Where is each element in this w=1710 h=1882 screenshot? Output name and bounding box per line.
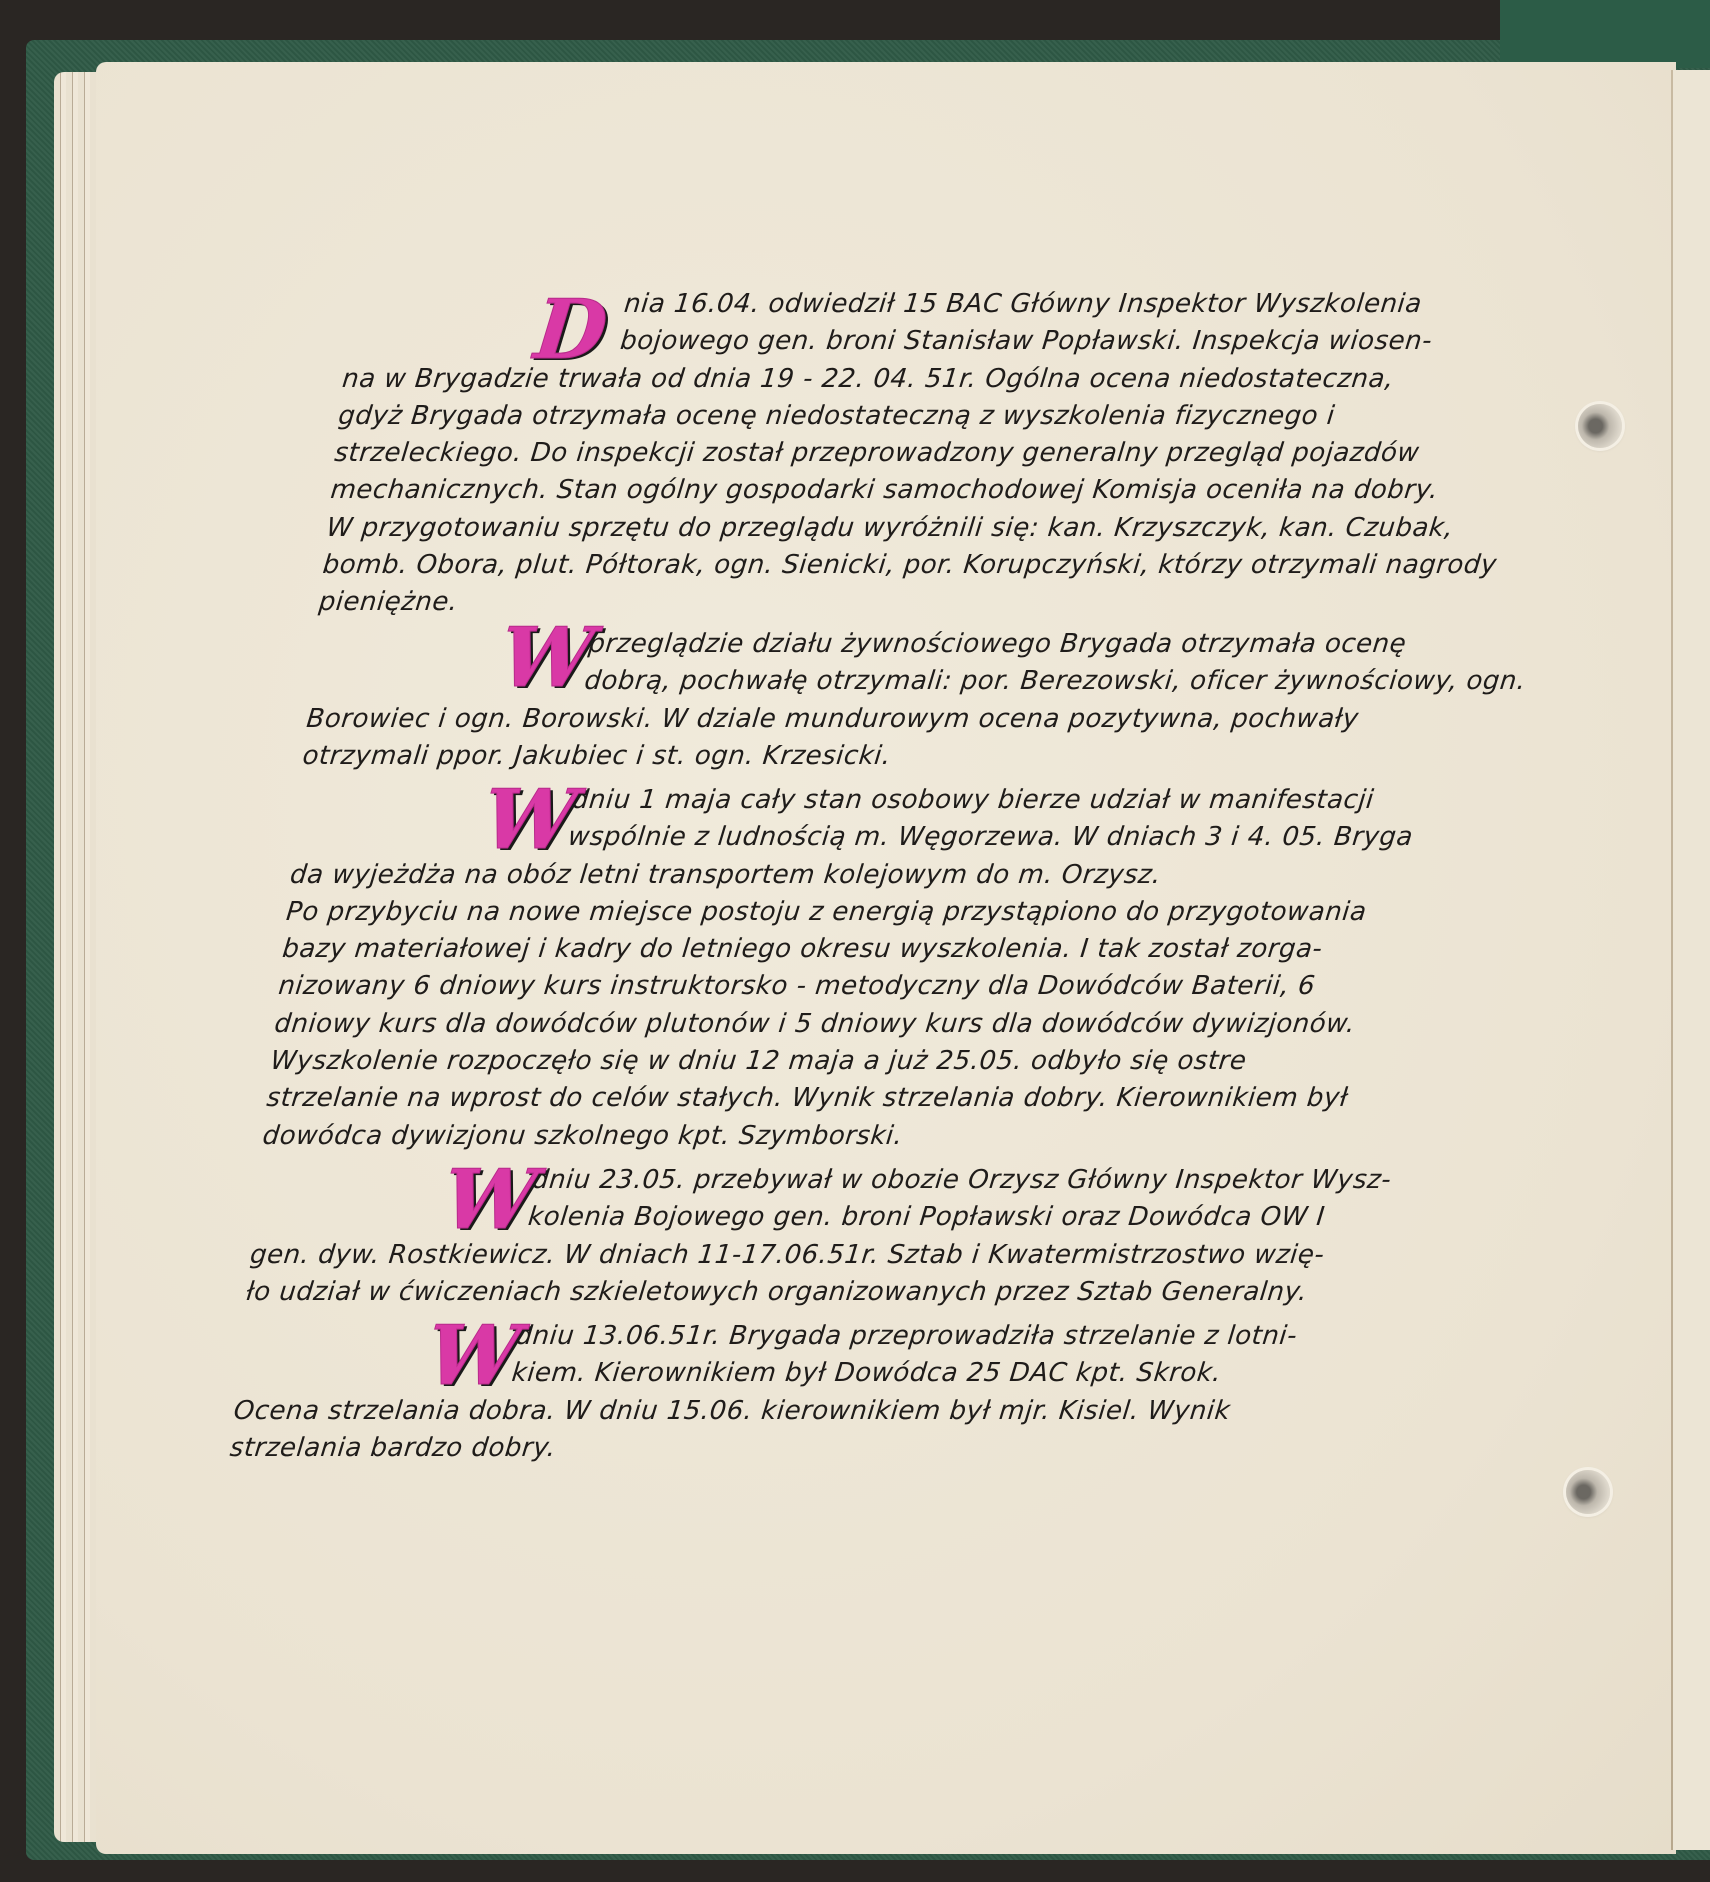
paragraph-inspector-visit: W dniu 23.05. przebywał w obozie Orzysz … (244, 1162, 1430, 1312)
text-line: bomb. Obora, plut. Półtorak, ogn. Sienic… (321, 547, 1495, 584)
text-line: otrzymali ppor. Jakubiec i st. ogn. Krze… (301, 738, 1475, 775)
text-line: mechanicznych. Stan ogólny gospodarki sa… (329, 472, 1503, 509)
text-line: bojowego gen. broni Stanisław Popławski.… (344, 323, 1518, 360)
paragraph-inspection: D nia 16.04. odwiedził 15 BAC Główny Ins… (317, 286, 1522, 622)
text-line: wspólnie z ludnością m. Węgorzewa. W dni… (292, 819, 1466, 856)
text-line: nia 16.04. odwiedził 15 BAC Główny Inspe… (348, 286, 1522, 323)
text-line: ło udział w ćwiczeniach szkieletowych or… (244, 1274, 1418, 1311)
text-line: strzelanie na wprost do celów stałych. W… (265, 1080, 1439, 1117)
paragraph-food-review: W przeglądzie działu żywnościowego Bryga… (301, 626, 1487, 776)
text-line: kolenia Bojowego gen. broni Popławski or… (252, 1199, 1426, 1236)
text-line: dniu 23.05. przebywał w obozie Orzysz Gł… (256, 1162, 1430, 1199)
binding-threads (1500, 0, 1710, 68)
text-line: przeglądzie działu żywnościowego Brygada… (312, 626, 1486, 663)
text-line: pieniężne. (317, 584, 1491, 621)
text-line: dniu 1 maja cały stan osobowy bierze udz… (296, 782, 1470, 819)
text-line: dniowy kurs dla dowódców plutonów i 5 dn… (273, 1006, 1447, 1043)
text-line: kiem. Kierownikiem był Dowódca 25 DAC kp… (236, 1355, 1410, 1392)
text-line: W przygotowaniu sprzętu do przeglądu wyr… (325, 510, 1499, 547)
text-line: dniu 13.06.51r. Brygada przeprowadziła s… (240, 1318, 1414, 1355)
decorated-initial-d: D (531, 290, 611, 370)
text-line: Borowiec i ogn. Borowski. W dziale mundu… (305, 701, 1479, 738)
decorated-initial-w: W (497, 618, 577, 698)
paragraph-may-camp: W dniu 1 maja cały stan osobowy bierze u… (261, 782, 1470, 1156)
punch-hole-top (1578, 404, 1622, 448)
text-line: na w Brygadzie trwała od dnia 19 - 22. 0… (340, 361, 1514, 398)
text-line: strzeleckiego. Do inspekcji został przep… (333, 435, 1507, 472)
text-line: strzelania bardzo dobry. (228, 1430, 1402, 1467)
next-page-edge (1673, 70, 1710, 1850)
handwritten-text: D nia 16.04. odwiedził 15 BAC Główny Ins… (228, 286, 1522, 1468)
text-line: bazy materiałowej i kadry do letniego ok… (280, 931, 1454, 968)
text-line: nizowany 6 dniowy kurs instruktorsko - m… (276, 968, 1450, 1005)
text-line: Wyszkolenie rozpoczęło się w dniu 12 maj… (269, 1043, 1443, 1080)
punch-hole-bottom (1566, 1470, 1610, 1514)
paragraph-aircraft-firing: W dniu 13.06.51r. Brygada przeprowadziła… (228, 1318, 1414, 1468)
text-line: gen. dyw. Rostkiewicz. W dniach 11-17.06… (248, 1237, 1422, 1274)
decorated-initial-w: W (423, 1316, 503, 1396)
text-line: dowódca dywizjonu szkolnego kpt. Szymbor… (261, 1118, 1435, 1155)
text-line: dobrą, pochwałę otrzymali: por. Berezows… (309, 663, 1483, 700)
decorated-initial-w: W (480, 780, 560, 860)
text-line: da wyjeżdża na obóz letni transportem ko… (288, 857, 1462, 894)
page-fold (1671, 70, 1673, 1850)
text-line: Ocena strzelania dobra. W dniu 15.06. ki… (232, 1393, 1406, 1430)
text-line: Po przybyciu na nowe miejsce postoju z e… (284, 894, 1458, 931)
text-line: gdyż Brygada otrzymała ocenę niedostatec… (336, 398, 1510, 435)
decorated-initial-w: W (440, 1160, 520, 1240)
